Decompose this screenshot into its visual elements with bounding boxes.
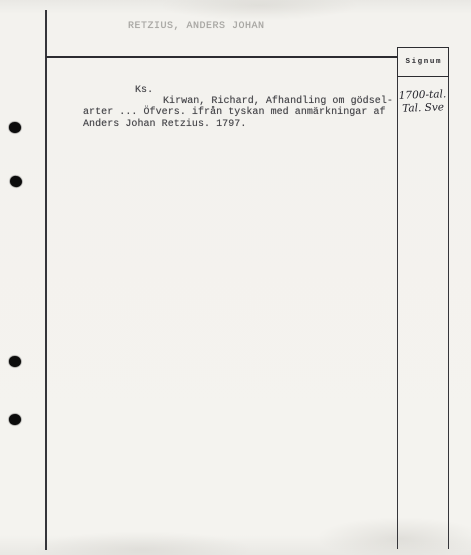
signum-column — [397, 77, 449, 549]
left-margin-rule — [45, 10, 47, 550]
card-top-rule — [46, 56, 398, 58]
signum-shelfmark-line: Tal. Sve — [399, 101, 449, 116]
author-heading: RETZIUS, ANDERS JOHAN — [128, 21, 265, 32]
catalog-entry: Ks. Kirwan, Richard, Afhandling om gödse… — [83, 85, 395, 130]
punch-hole-icon — [9, 175, 23, 189]
signum-shelfmark: 1700-tal. Tal. Sve — [399, 88, 450, 116]
punch-hole-icon — [9, 122, 21, 133]
signum-label: Signum — [404, 58, 442, 66]
catalog-entry-line: Ks. — [135, 85, 395, 96]
catalog-entry-line: arter ... Öfvers. ifrån tyskan med anmär… — [83, 107, 395, 118]
catalog-entry-line: Anders Johan Retzius. 1797. — [83, 119, 395, 130]
punch-hole-icon — [8, 413, 21, 426]
signum-header-box: Signum — [397, 47, 449, 77]
punch-hole-icon — [9, 356, 21, 367]
catalog-entry-line: Kirwan, Richard, Afhandling om gödsel- — [163, 96, 395, 107]
catalog-card-scan: RETZIUS, ANDERS JOHAN Signum 1700-tal. T… — [0, 0, 471, 555]
